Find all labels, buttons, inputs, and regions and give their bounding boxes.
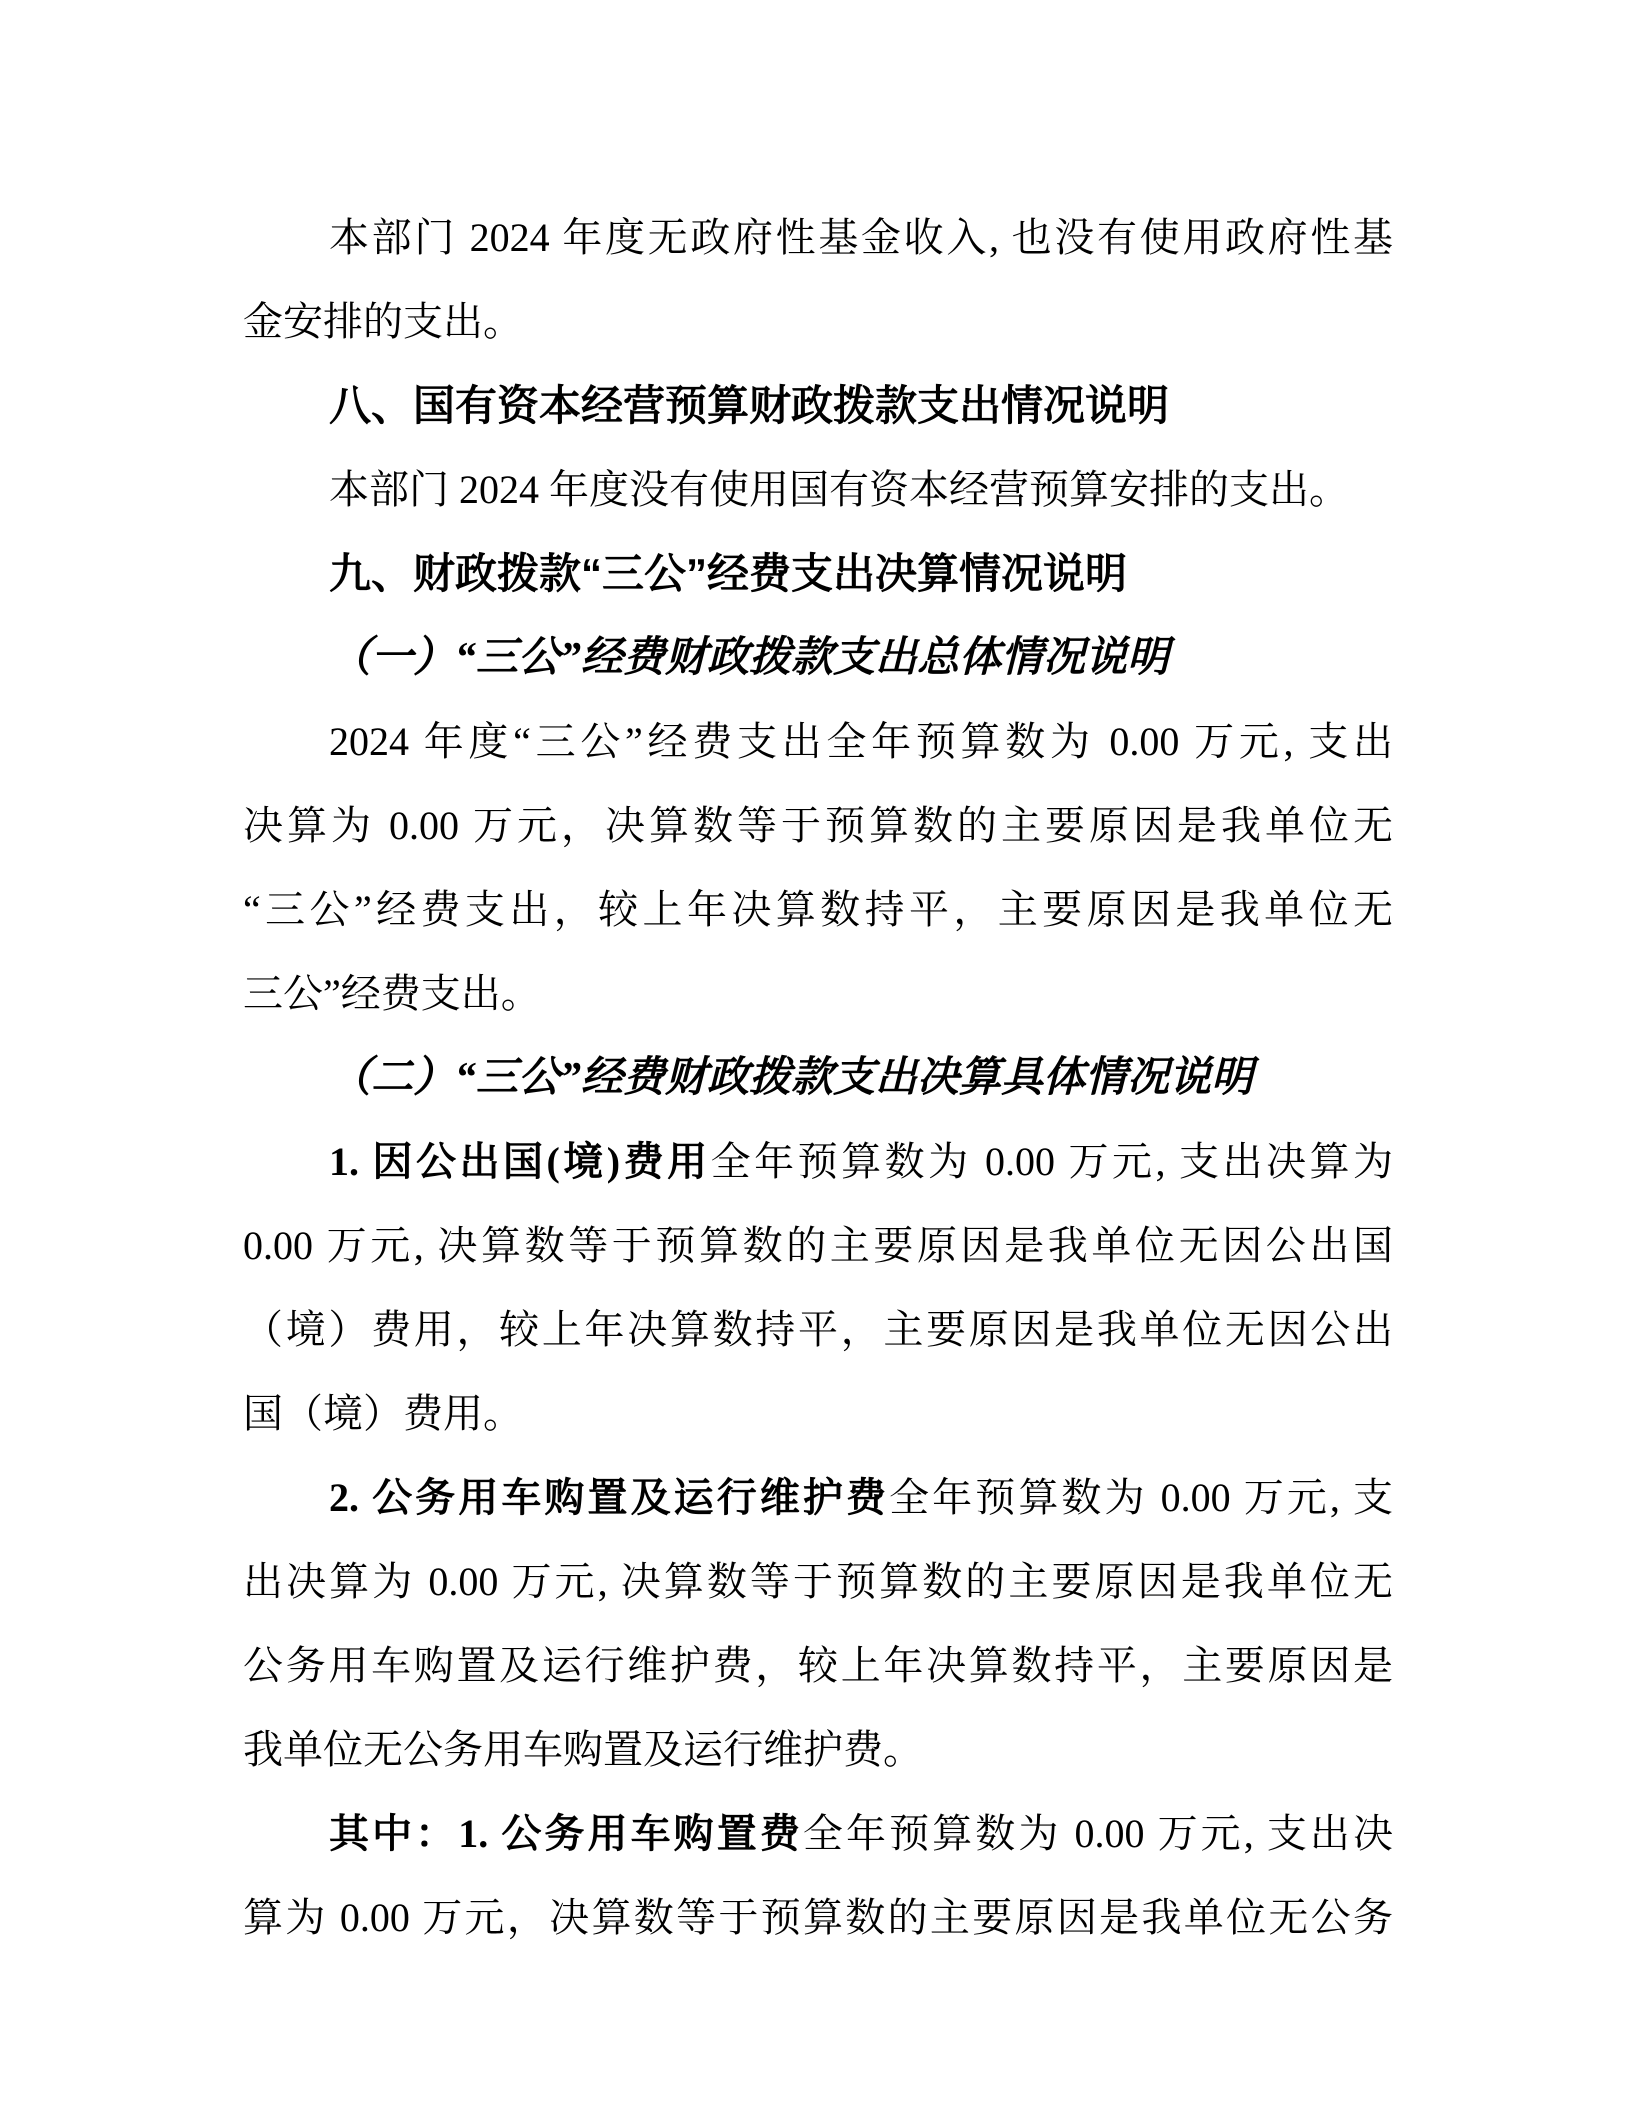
document-page: 本部门 2024 年度无政府性基金收入, 也没有使用政府性基金安排的支出。八、国… [0, 0, 1632, 2112]
text-run: 我单位无公务用车购置及运行维护费。 [243, 1727, 923, 1772]
bold-text-run: 1. 因公出国(境)费用 [329, 1139, 711, 1184]
para-vehicle-line-4: 我单位无公务用车购置及运行维护费。 [243, 1708, 1393, 1792]
bold-text-run: （二）“三公”经费财政拨款支出决算具体情况说明 [329, 1055, 1253, 1101]
text-run: 全年预算数为 0.00 万元, 支出决 [803, 1811, 1393, 1856]
para-state-capital: 本部门 2024 年度没有使用国有资本经营预算安排的支出。 [243, 448, 1393, 532]
bold-text-run: （一）“三公”经费财政拨款支出总体情况说明 [329, 635, 1169, 681]
text-run: 2024 年度“三公”经费支出全年预算数为 0.00 万元, 支出 [329, 719, 1393, 764]
text-run: 算为 0.00 万元，决算数等于预算数的主要原因是我单位无公务 [243, 1895, 1393, 1940]
para-vehicle-line-1: 2. 公务用车购置及运行维护费全年预算数为 0.00 万元, 支 [243, 1456, 1393, 1540]
para-overall-line-1: 2024 年度“三公”经费支出全年预算数为 0.00 万元, 支出 [243, 700, 1393, 784]
bold-text-run: 2. 公务用车购置及运行维护费 [329, 1475, 889, 1520]
para-purchase-line-1: 其中：1. 公务用车购置费全年预算数为 0.00 万元, 支出决 [243, 1792, 1393, 1876]
para-overall-line-2: 决算为 0.00 万元，决算数等于预算数的主要原因是我单位无 [243, 784, 1393, 868]
bold-text-run: 其中：1. 公务用车购置费 [329, 1811, 803, 1856]
para-gov-fund-line-2: 金安排的支出。 [243, 280, 1393, 364]
text-run: 全年预算数为 0.00 万元, 支出决算为 [711, 1139, 1393, 1184]
text-run: 三公”经费支出。 [243, 971, 541, 1016]
para-gov-fund-line-1: 本部门 2024 年度无政府性基金收入, 也没有使用政府性基 [243, 196, 1393, 280]
text-run: 国（境）费用。 [243, 1391, 523, 1436]
para-vehicle-line-3: 公务用车购置及运行维护费，较上年决算数持平，主要原因是 [243, 1624, 1393, 1708]
text-run: 公务用车购置及运行维护费，较上年决算数持平，主要原因是 [243, 1643, 1393, 1688]
section-9-heading: 九、财政拨款“三公”经费支出决算情况说明 [243, 532, 1393, 616]
text-run: 金安排的支出。 [243, 299, 523, 344]
text-run: 全年预算数为 0.00 万元, 支 [889, 1475, 1393, 1520]
section-8-heading: 八、国有资本经营预算财政拨款支出情况说明 [243, 364, 1393, 448]
subsection-2-heading: （二）“三公”经费财政拨款支出决算具体情况说明 [243, 1036, 1393, 1120]
document-body: 本部门 2024 年度无政府性基金收入, 也没有使用政府性基金安排的支出。八、国… [243, 196, 1393, 1960]
para-vehicle-line-2: 出决算为 0.00 万元, 决算数等于预算数的主要原因是我单位无 [243, 1540, 1393, 1624]
subsection-1-heading: （一）“三公”经费财政拨款支出总体情况说明 [243, 616, 1393, 700]
bold-text-run: 八、国有资本经营预算财政拨款支出情况说明 [329, 382, 1169, 429]
text-run: 决算为 0.00 万元，决算数等于预算数的主要原因是我单位无 [243, 803, 1393, 848]
para-abroad-line-1: 1. 因公出国(境)费用全年预算数为 0.00 万元, 支出决算为 [243, 1120, 1393, 1204]
text-run: 本部门 2024 年度无政府性基金收入, 也没有使用政府性基 [329, 215, 1393, 260]
para-purchase-line-2: 算为 0.00 万元，决算数等于预算数的主要原因是我单位无公务 [243, 1876, 1393, 1960]
text-run: 出决算为 0.00 万元, 决算数等于预算数的主要原因是我单位无 [243, 1559, 1393, 1604]
text-run: 0.00 万元, 决算数等于预算数的主要原因是我单位无因公出国 [243, 1223, 1393, 1268]
para-overall-line-3: “三公”经费支出，较上年决算数持平，主要原因是我单位无 [243, 868, 1393, 952]
para-overall-line-4: 三公”经费支出。 [243, 952, 1393, 1036]
text-run: “三公”经费支出，较上年决算数持平，主要原因是我单位无 [243, 887, 1393, 932]
para-abroad-line-4: 国（境）费用。 [243, 1372, 1393, 1456]
para-abroad-line-2: 0.00 万元, 决算数等于预算数的主要原因是我单位无因公出国 [243, 1204, 1393, 1288]
text-run: （境）费用，较上年决算数持平，主要原因是我单位无因公出 [243, 1307, 1393, 1352]
para-abroad-line-3: （境）费用，较上年决算数持平，主要原因是我单位无因公出 [243, 1288, 1393, 1372]
bold-text-run: 九、财政拨款“三公”经费支出决算情况说明 [329, 550, 1127, 597]
text-run: 本部门 2024 年度没有使用国有资本经营预算安排的支出。 [329, 467, 1349, 512]
